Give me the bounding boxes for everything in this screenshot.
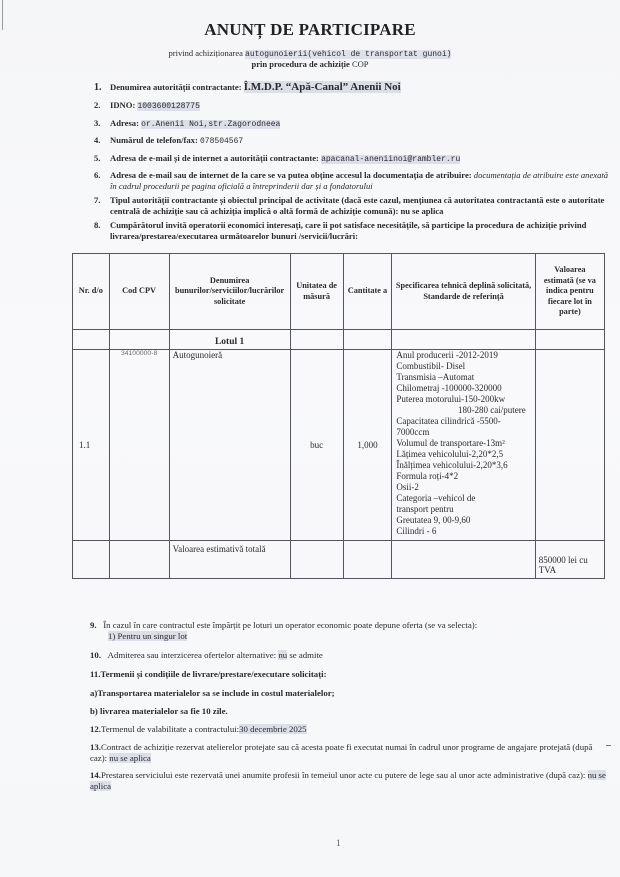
item-contract-validity: 12.Termenul de valabilitate a contractul… [90, 724, 610, 735]
address-value: or.Anenii Noi,str.Zagorodneea [141, 120, 280, 129]
authority-name-value: Î.M.D.P. “Apă-Canal” Anenii Noi [244, 81, 401, 93]
spec-line: Categoria –vehicol de [396, 493, 531, 504]
spec-line: Cilindri - 6 [396, 526, 531, 537]
row-cpv: 34100000-8 [109, 350, 169, 541]
total-label: Valoarea estimativă totală [169, 541, 290, 579]
procedure-type: COP [352, 59, 369, 69]
item-delivery-terms: 11.Termenii și condițiile de livrare/pre… [90, 669, 610, 680]
header-name: Denumirea bunurilor/serviciilor/lucrăril… [169, 254, 290, 330]
row-name: Autogunoieră [169, 350, 290, 541]
header-spec: Specificarea tehnică deplină solicitată,… [392, 254, 535, 330]
authority-type-value: nu se aplica [400, 206, 443, 216]
header-value: Valoarea estimată (se va indica pentru f… [535, 254, 604, 330]
row-unit: buc [290, 350, 343, 541]
procurement-object: autogunoierii(vehicol de transportat gun… [245, 50, 451, 59]
header-quantity: Cantitate a [343, 254, 392, 330]
spec-line: Greutatea 9, 00-9,60 [396, 515, 531, 526]
margin-mark [606, 745, 611, 746]
spec-line: Volumul de transportare-13m² [396, 438, 531, 449]
page-number: 1 [336, 838, 341, 848]
header-nr: Nr. d/o [73, 254, 110, 330]
procedure-line: prin procedura de achiziție COP [0, 59, 620, 69]
row-spec: Anul producerii -2012-2019Combustibil- D… [392, 350, 535, 541]
phone-value: 078504567 [200, 137, 243, 146]
lots-option-value: 1) Pentru un singur lot [108, 631, 620, 642]
document-subtitle: privind achiziționarea autogunoierii(veh… [0, 48, 620, 59]
email-value[interactable]: apacanal-aneniinoi@rambler.ru [321, 155, 460, 164]
delivery-term-b: b) livrarea materialelor sa fie 10 zile. [90, 706, 610, 717]
spec-line: Puterea motorului-150-200kw [396, 394, 531, 405]
lot-label: Lotul 1 [169, 330, 290, 350]
spec-line: Osii-2 [396, 482, 531, 493]
contract-validity-value: 30 decembrie 2025 [239, 724, 306, 734]
table-row: 1.1 34100000-8 Autogunoieră buc 1,000 An… [73, 350, 605, 541]
spec-line: Formula roți-4*2 [396, 471, 531, 482]
spec-line: Combustibil- Disel [396, 361, 531, 372]
spec-line: Lățimea vehicolului-2,20*2,5 [396, 449, 531, 460]
spec-line: 7000ccm [396, 427, 531, 438]
lot-row: Lotul 1 [73, 330, 605, 350]
item-alternative-offers: 10. Admiterea sau interzicerea ofertelor… [90, 650, 610, 661]
header-cpv: Cod CPV [109, 254, 169, 330]
idno-value: 1003600128775 [137, 102, 199, 111]
total-row: Valoarea estimativă totală 850000 lei cu… [73, 541, 605, 579]
spec-line: 180-280 cai/putere [396, 405, 531, 416]
item-reserved-workshops: 13.Contract de achiziție rezervat atelie… [90, 742, 610, 764]
header-unit: Unitatea de măsură [290, 254, 343, 330]
document-title: ANUNȚ DE PARTICIPARE [0, 20, 620, 40]
table-header-row: Nr. d/o Cod CPV Denumirea bunurilor/serv… [73, 254, 605, 330]
row-value [535, 350, 604, 541]
item-lots-option: 9. În cazul în care contractul este împă… [90, 620, 610, 631]
spec-line: Înălțimea vehicolului-2,20*3,6 [396, 460, 531, 471]
row-nr: 1.1 [73, 350, 110, 541]
spec-line: Capacitatea cilindrică -5500- [396, 416, 531, 427]
item-reserved-profession: 14.Prestarea serviciului este rezervată … [90, 770, 610, 792]
document-page: ANUNȚ DE PARTICIPARE privind achiziționa… [0, 0, 620, 877]
procurement-table: Nr. d/o Cod CPV Denumirea bunurilor/serv… [72, 253, 605, 579]
spec-line: transport pentru [396, 504, 531, 515]
delivery-term-a: a)Transportarea materialelor sa se inclu… [90, 688, 610, 699]
total-value: 850000 lei cu TVA [535, 541, 604, 579]
row-quantity: 1,000 [343, 350, 392, 541]
spec-line: Chilometraj -100000-320000 [396, 383, 531, 394]
spec-line: Anul producerii -2012-2019 [396, 350, 531, 361]
spec-line: Transmisia –Automat [396, 372, 531, 383]
